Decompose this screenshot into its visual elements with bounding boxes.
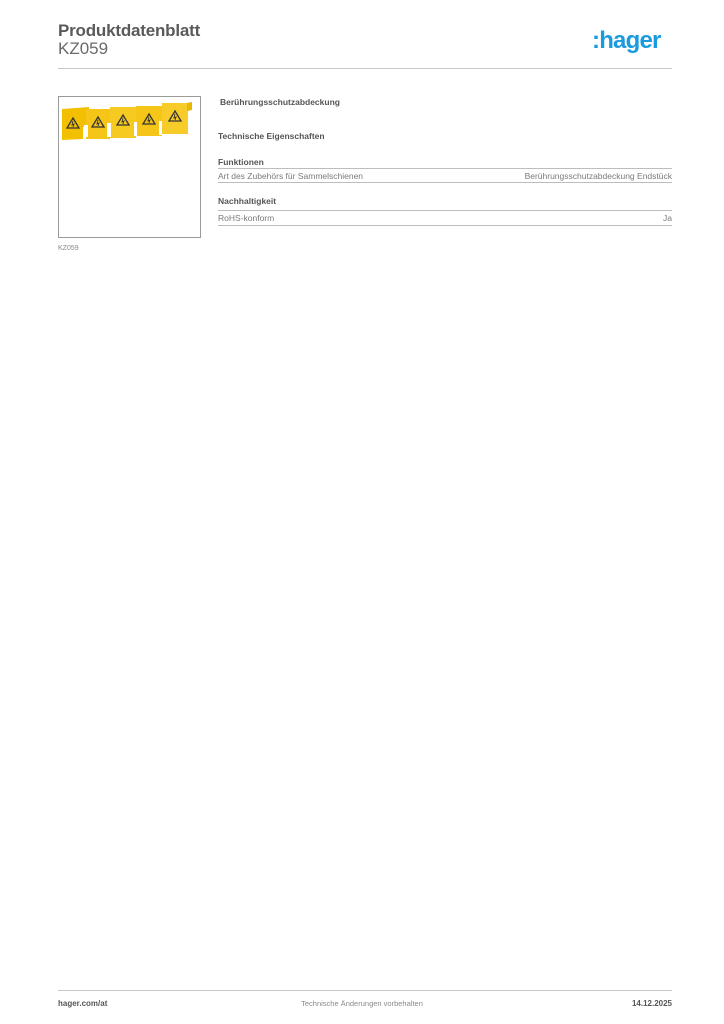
product-image-frame: [58, 96, 201, 238]
product-image: [59, 97, 200, 237]
product-code: KZ059: [58, 39, 108, 59]
section-title: Technische Eigenschaften: [218, 131, 325, 141]
group-divider: [218, 210, 672, 211]
property-label: RoHS-konform: [218, 213, 274, 223]
group-title-funktionen: Funktionen: [218, 157, 264, 167]
header-divider: [58, 68, 672, 69]
property-label: Art des Zubehörs für Sammelschienen: [218, 171, 363, 181]
property-value: Berührungsschutzabdeckung Endstück: [525, 171, 672, 181]
hager-logo: :hager: [592, 27, 661, 55]
footer-date: 14.12.2025: [632, 999, 672, 1008]
row-divider: [218, 225, 672, 226]
property-value: Ja: [663, 213, 672, 223]
group-divider: [218, 168, 672, 169]
footer-disclaimer: Technische Änderungen vorbehalten: [0, 999, 724, 1008]
document-title: Produktdatenblatt: [58, 21, 200, 41]
row-divider: [218, 182, 672, 183]
image-caption: KZ059: [58, 245, 79, 252]
group-title-nachhaltigkeit: Nachhaltigkeit: [218, 196, 276, 206]
footer-divider: [58, 990, 672, 991]
product-name: Berührungsschutzabdeckung: [220, 97, 340, 107]
